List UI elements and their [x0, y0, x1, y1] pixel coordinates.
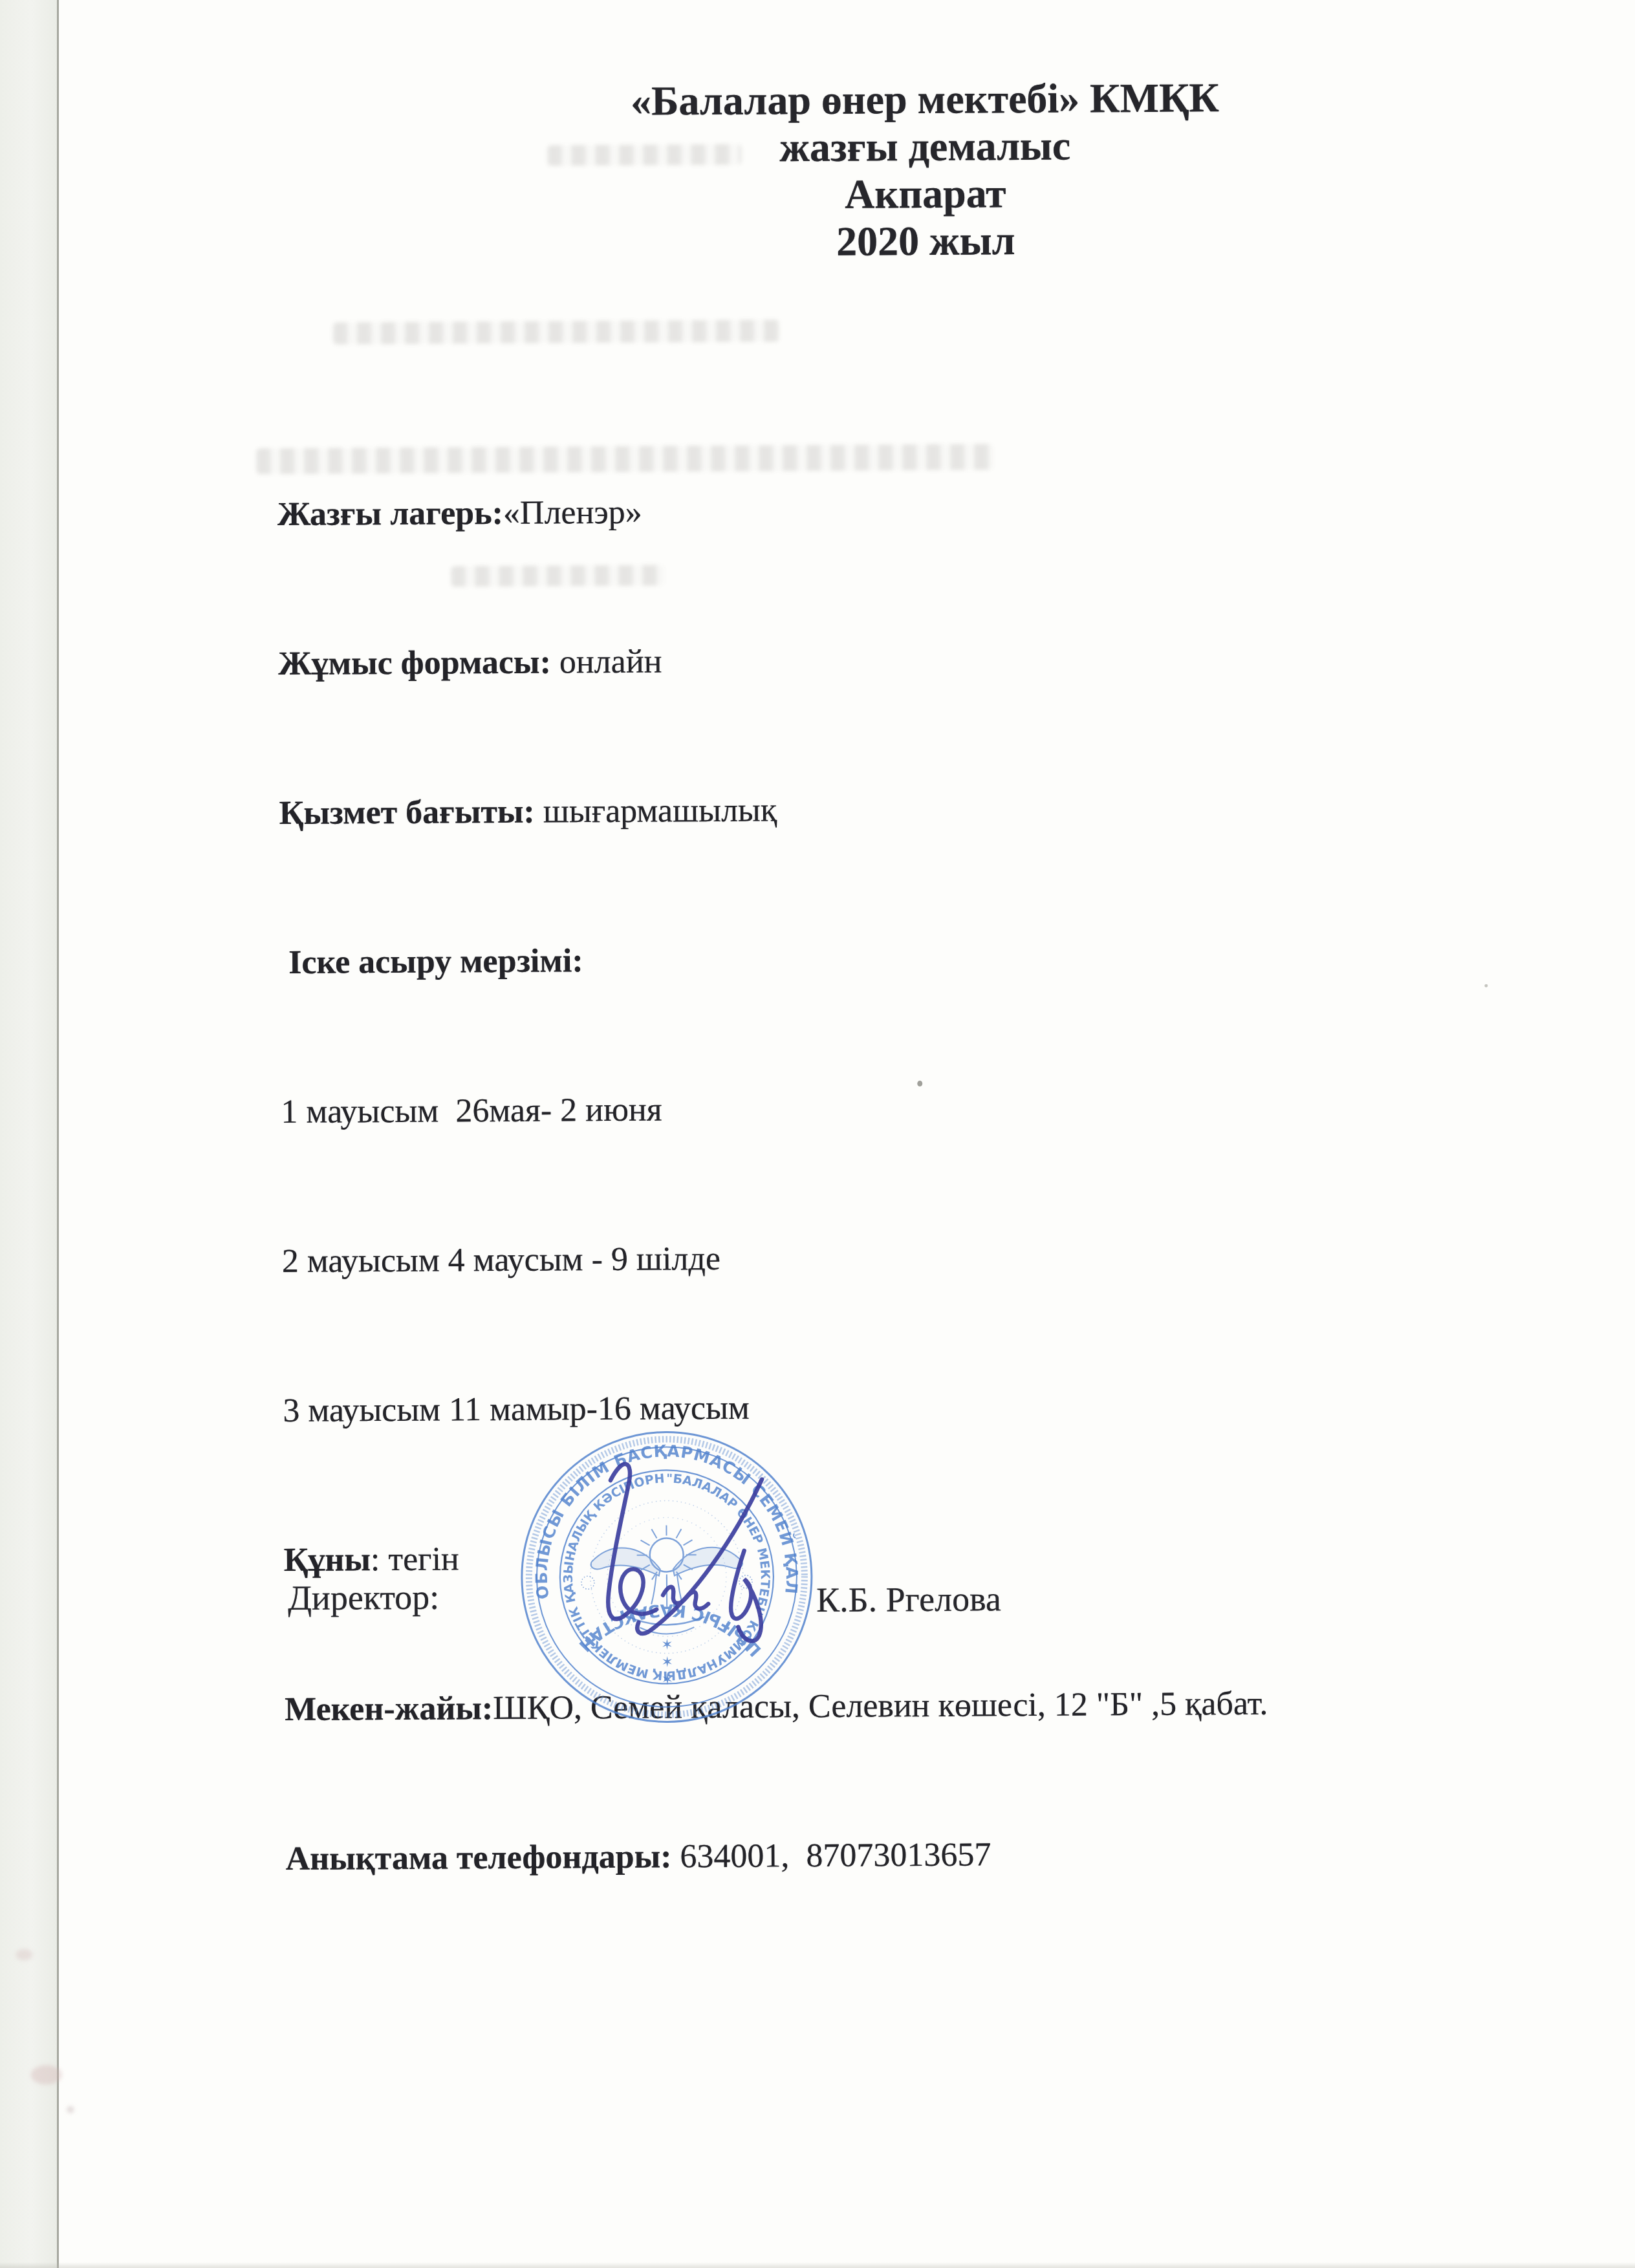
title-line-1: «Балалар өнер мектебі» КМҚК [214, 71, 1635, 127]
field-work-format: Жұмыс формасы: онлайн [278, 632, 1416, 689]
document-title-block: «Балалар өнер мектебі» КМҚК жазғы демалы… [1, 71, 1635, 270]
field-summer-camp: Жазғы лагерь:«Пленэр» [277, 482, 1416, 539]
star-icon: ✶ [662, 1672, 674, 1688]
field-info-phones: Анықтама телефондары: 634001, 8707301365… [285, 1827, 1424, 1884]
title-line-3: Акпарат [215, 166, 1635, 221]
official-stamp: ОБЛЫСЫ БІЛІМ БАСҚАРМАСЫ СЕМЕЙ ҚАЛАСЫ БОЙ… [497, 1408, 836, 1746]
stamp-stars: ✶ ✶ ✶ [661, 1637, 673, 1688]
scanner-bottom-edge [0, 2262, 1635, 2268]
scan-smudge [30, 2065, 61, 2084]
field-season-1: 1 мауысым 26мая- 2 июня [281, 1080, 1419, 1137]
field-activity-direction: Қызмет бағыты: шығармашылық [279, 781, 1417, 838]
scanned-document-page: { "page": { "background_color": "#fdfdfb… [0, 0, 1635, 2268]
field-price: Құны: тегін [283, 1528, 1422, 1585]
field-implementation-period: Іске асыру мерзімі: [280, 931, 1418, 988]
director-label: Директор: [288, 1578, 439, 1617]
scan-smudge [16, 1949, 32, 1960]
signer-name: К.Б. Ргелова [816, 1579, 1001, 1619]
field-season-3: 3 мауысым 11 мамыр-16 маусым [283, 1379, 1421, 1436]
dust-speck [1484, 984, 1488, 988]
scan-smudge [67, 2106, 74, 2113]
document-fields: Жазғы лагерь:«Пленэр» Жұмыс формасы: онл… [277, 383, 1425, 1983]
field-address: Мекен-жайы:ШҚО, Семей қаласы, Селевин кө… [285, 1678, 1423, 1734]
title-line-4: 2020 жыл [215, 213, 1635, 268]
star-icon: ✶ [661, 1637, 673, 1653]
star-icon: ✶ [661, 1654, 673, 1670]
document-content: «Балалар өнер мектебі» КМҚК жазғы демалы… [0, 0, 1635, 2268]
field-season-2: 2 мауысым 4 маусым - 9 шілде [282, 1229, 1420, 1286]
bleed-through-mark [333, 319, 779, 344]
dust-speck [917, 1081, 922, 1086]
title-line-2: жазғы демалыс [214, 118, 1635, 174]
